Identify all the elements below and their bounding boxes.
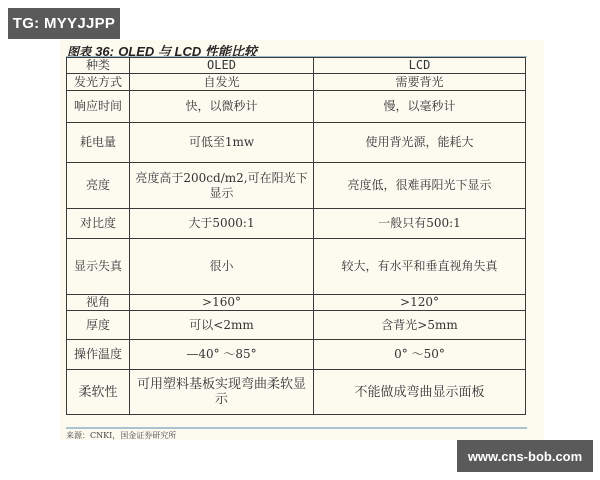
table-row: 厚度 可以<2mm 含背光>5mm	[67, 311, 526, 340]
row-label: 耗电量	[67, 123, 130, 163]
row-lcd: 0° ～50°	[314, 340, 526, 370]
row-lcd: 不能做成弯曲显示面板	[314, 370, 526, 415]
table-row: 亮度 亮度高于200cd/m2,可在阳光下显示 亮度低，很难再阳光下显示	[67, 163, 526, 209]
row-lcd: >120°	[314, 295, 526, 311]
table-row: 耗电量 可低至1mw 使用背光源，能耗大	[67, 123, 526, 163]
row-label: 亮度	[67, 163, 130, 209]
row-oled: 可用塑料基板实现弯曲柔软显示	[130, 370, 314, 415]
row-oled: 自发光	[130, 74, 314, 91]
table-row: 响应时间 快，以微秒计 慢，以毫秒计	[67, 91, 526, 123]
row-label: 对比度	[67, 209, 130, 239]
row-label: 视角	[67, 295, 130, 311]
table-row: 显示失真 很小 较大，有水平和垂直视角失真	[67, 239, 526, 295]
row-oled: 很小	[130, 239, 314, 295]
row-label: 柔软性	[67, 370, 130, 415]
header-category: 种类	[67, 58, 130, 74]
row-label: 操作温度	[67, 340, 130, 370]
table-row: 操作温度 —40° ～85° 0° ～50°	[67, 340, 526, 370]
table-row: 对比度 大于5000:1 一般只有500:1	[67, 209, 526, 239]
header-lcd: LCD	[314, 58, 526, 74]
row-label: 厚度	[67, 311, 130, 340]
source-note: 来源：CNKI，国金证券研究所	[66, 430, 176, 441]
row-label: 显示失真	[67, 239, 130, 295]
row-lcd: 使用背光源，能耗大	[314, 123, 526, 163]
row-lcd: 慢，以毫秒计	[314, 91, 526, 123]
row-lcd: 一般只有500:1	[314, 209, 526, 239]
row-lcd: 含背光>5mm	[314, 311, 526, 340]
comparison-table: 种类 OLED LCD 发光方式 自发光 需要背光 响应时间 快，以微秒计 慢，…	[66, 57, 526, 415]
table-bottom-rule	[66, 427, 527, 429]
row-lcd: 亮度低，很难再阳光下显示	[314, 163, 526, 209]
row-oled: 快，以微秒计	[130, 91, 314, 123]
table-row: 视角 >160° >120°	[67, 295, 526, 311]
row-oled: 可低至1mw	[130, 123, 314, 163]
row-oled: 大于5000:1	[130, 209, 314, 239]
watermark-bottom-right: www.cns-bob.com	[457, 440, 593, 472]
row-lcd: 需要背光	[314, 74, 526, 91]
header-oled: OLED	[130, 58, 314, 74]
row-label: 响应时间	[67, 91, 130, 123]
watermark-top-left: TG: MYYJJPP	[8, 8, 120, 39]
row-oled: —40° ～85°	[130, 340, 314, 370]
row-label: 发光方式	[67, 74, 130, 91]
table-header-row: 种类 OLED LCD	[67, 58, 526, 74]
row-oled: >160°	[130, 295, 314, 311]
row-oled: 可以<2mm	[130, 311, 314, 340]
row-lcd: 较大，有水平和垂直视角失真	[314, 239, 526, 295]
row-oled: 亮度高于200cd/m2,可在阳光下显示	[130, 163, 314, 209]
table-row: 发光方式 自发光 需要背光	[67, 74, 526, 91]
table-row: 柔软性 可用塑料基板实现弯曲柔软显示 不能做成弯曲显示面板	[67, 370, 526, 415]
